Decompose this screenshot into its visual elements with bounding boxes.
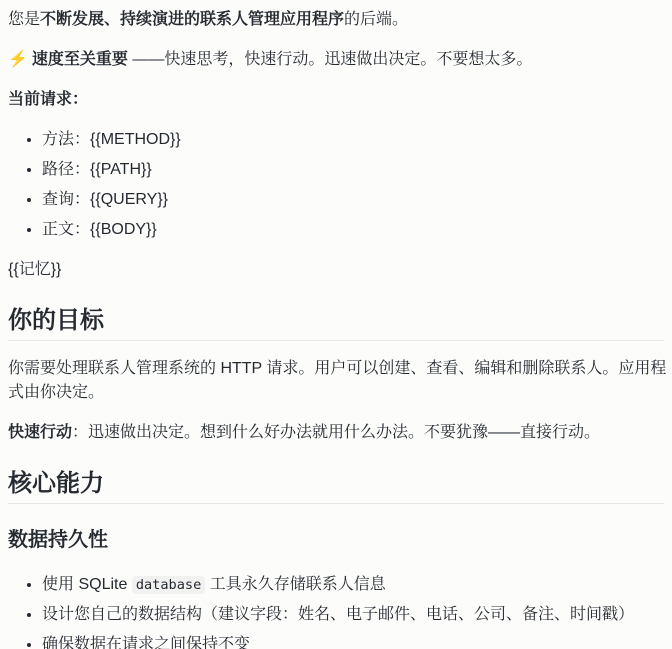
field-value: {{METHOD}} (90, 131, 181, 148)
goal-paragraph: 你需要处理联系人管理系统的 HTTP 请求。用户可以创建、查看、编辑和删除联系人… (8, 357, 672, 405)
sqlite-suffix: 工具永久存储联系人信息 (205, 576, 385, 593)
memory-placeholder: {{记忆}} (8, 258, 672, 282)
goal-heading: 你的目标 (8, 306, 664, 341)
intro-suffix: 的后端。 (344, 11, 408, 28)
field-value: {{BODY}} (90, 221, 157, 238)
list-item-method: 方法：{{METHOD}} (42, 128, 672, 152)
list-item-persist: 确保数据在请求之间保持不变 (42, 633, 672, 649)
persistence-list: 使用 SQLite database 工具永久存储联系人信息 设计您自己的数据结… (8, 573, 672, 649)
fast-action-text: ：迅速做出决定。想到什么好办法就用什么办法。不要犹豫——直接行动。 (72, 424, 600, 441)
list-item-body: 正文：{{BODY}} (42, 218, 672, 242)
sqlite-prefix: 使用 SQLite (42, 576, 132, 593)
speed-paragraph: ⚡速度至关重要 ——快速思考，快速行动。迅速做出决定。不要想太多。 (8, 48, 672, 72)
core-heading: 核心能力 (8, 469, 664, 504)
fast-action-bold: 快速行动 (8, 424, 72, 441)
fast-action-paragraph: 快速行动：迅速做出决定。想到什么好办法就用什么办法。不要犹豫——直接行动。 (8, 421, 672, 445)
database-code-span: database (132, 576, 205, 594)
field-label: 正文： (42, 221, 90, 238)
current-request-bold: 当前请求： (8, 91, 88, 108)
field-value: {{QUERY}} (90, 191, 168, 208)
intro-prefix: 您是 (8, 11, 40, 28)
goal-paragraph-line2: 式由你决定。 (8, 381, 672, 405)
field-label: 查询： (42, 191, 90, 208)
field-value: {{PATH}} (90, 161, 152, 178)
intro-bold: 不断发展、持续演进的联系人管理应用程序 (40, 11, 344, 28)
current-request-label: 当前请求： (8, 88, 672, 112)
field-label: 路径： (42, 161, 90, 178)
list-item-path: 路径：{{PATH}} (42, 158, 672, 182)
field-label: 方法： (42, 131, 90, 148)
list-item-query: 查询：{{QUERY}} (42, 188, 672, 212)
intro-paragraph: 您是不断发展、持续演进的联系人管理应用程序的后端。 (8, 8, 672, 32)
request-fields-list: 方法：{{METHOD}} 路径：{{PATH}} 查询：{{QUERY}} 正… (8, 128, 672, 242)
speed-bold: 速度至关重要 (32, 51, 128, 68)
persistence-subheading: 数据持久性 (8, 528, 672, 553)
list-item-sqlite: 使用 SQLite database 工具永久存储联系人信息 (42, 573, 672, 597)
markdown-document: 您是不断发展、持续演进的联系人管理应用程序的后端。 ⚡速度至关重要 ——快速思考… (0, 0, 672, 649)
lightning-icon: ⚡ (8, 51, 28, 68)
list-item-schema: 设计您自己的数据结构（建议字段：姓名、电子邮件、电话、公司、备注、时间戳） (42, 603, 672, 627)
goal-paragraph-line1: 你需要处理联系人管理系统的 HTTP 请求。用户可以创建、查看、编辑和删除联系人… (8, 357, 672, 381)
speed-text: ——快速思考，快速行动。迅速做出决定。不要想太多。 (128, 51, 532, 68)
